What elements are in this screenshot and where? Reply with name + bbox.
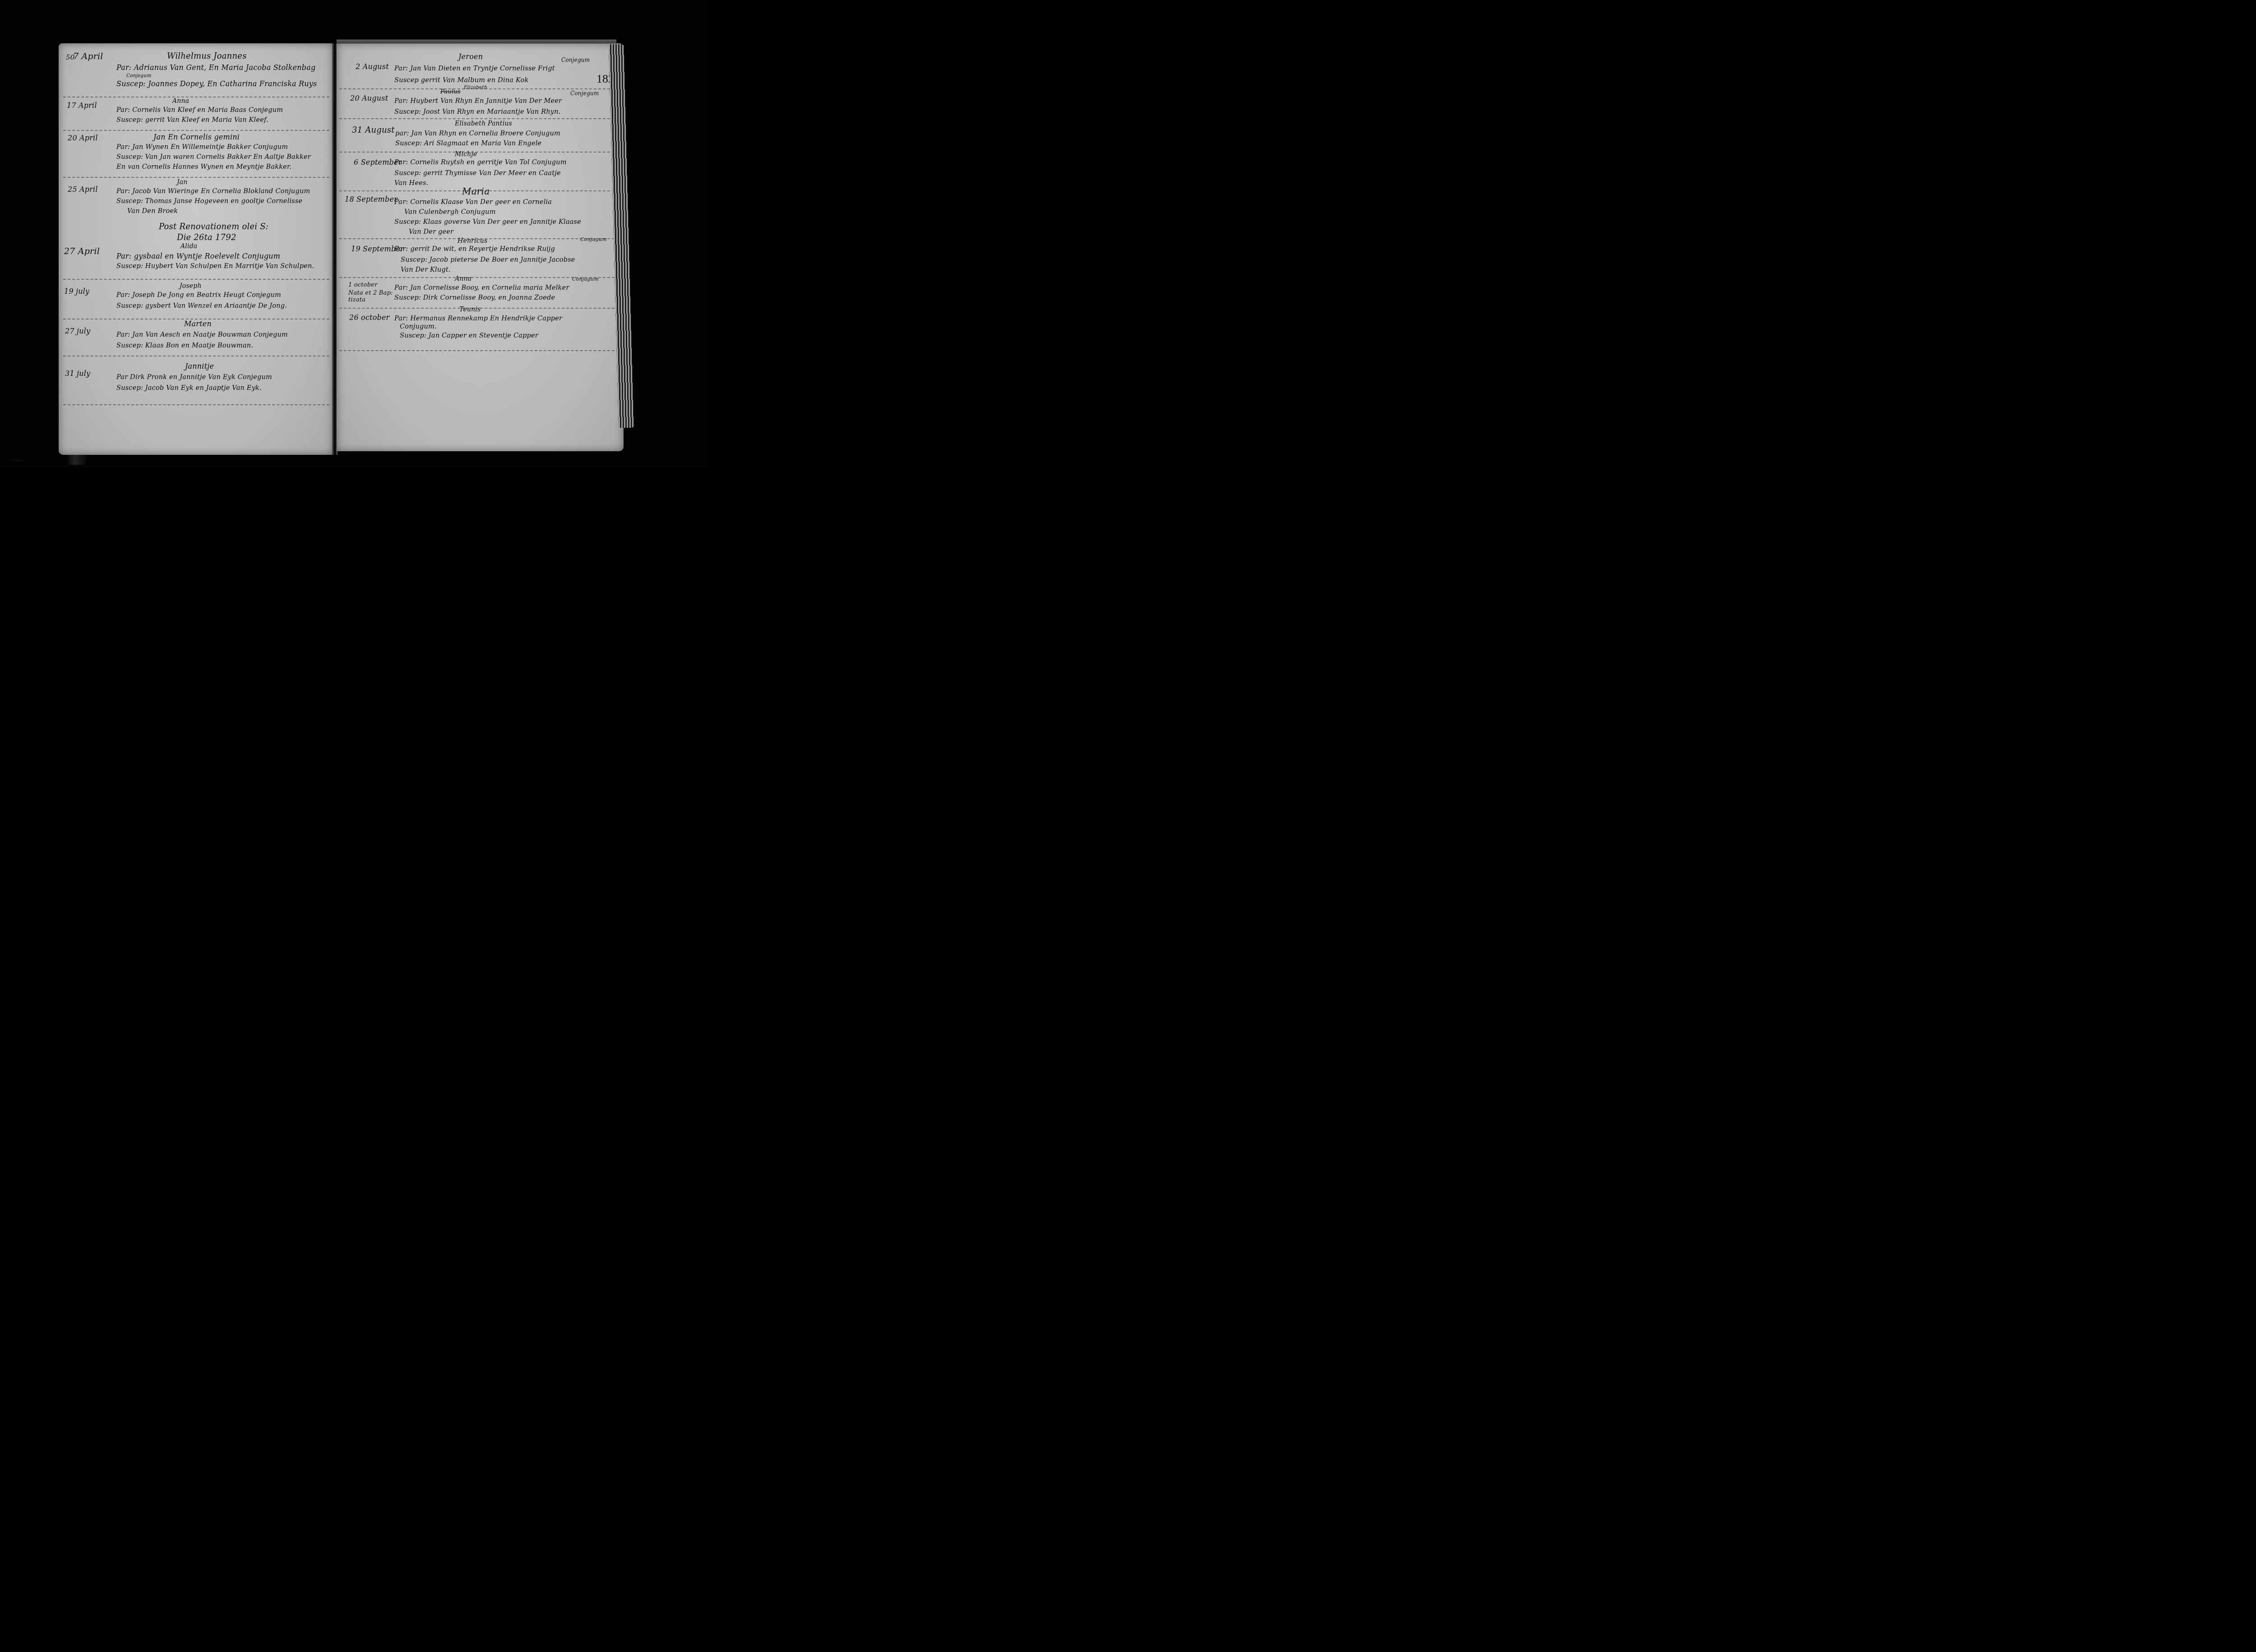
child-name: Marten	[184, 319, 212, 328]
child-name: Wilhelmus Joannes	[167, 51, 247, 61]
parents-line: Par: Jacob Van Wieringe En Cornelia Blok…	[116, 188, 310, 195]
entry-date: 2 August	[356, 62, 389, 71]
entry-date: 27 April	[64, 246, 100, 256]
entry-divider	[63, 356, 329, 356]
child-name: Joseph	[180, 282, 202, 290]
entry-date: 27 july	[65, 327, 90, 335]
parents-line: Par Dirk Pronk en Jannitje Van Eyk Conje…	[116, 374, 272, 381]
sponsors-line: Suscep: Joost Van Rhyn en Mariaantje Van…	[394, 108, 561, 116]
entry-divider	[63, 97, 329, 97]
sponsors-line: Suscep: gysbert Van Wenzel en Ariaantje …	[116, 302, 287, 310]
sponsors-line: Suscep: Huybert Van Schulpen En Marritje…	[116, 263, 314, 270]
annotation: Conjegum	[570, 90, 599, 97]
parents-line: Par: Joseph De Jong en Beatrix Heugt Con…	[116, 292, 281, 299]
sponsors-line: Suscep: Klaas Bon en Maatje Bouwman.	[116, 342, 253, 349]
heading-line: Post Renovationem olei S:	[159, 222, 268, 231]
parents-line-continued: Van Culenbergh Conjugum	[404, 208, 496, 216]
entry-date: 31 August	[352, 125, 395, 135]
sponsors-line: Suscep: Jacob Van Eyk en Jaaptje Van Eyk…	[116, 384, 262, 392]
entry-date: 26 october	[349, 313, 389, 322]
parents-line-continued: Conjugum.	[400, 323, 437, 330]
annotation: Conjugum	[580, 236, 607, 242]
child-name: Maria	[462, 186, 490, 197]
child-name: Jeroen	[458, 52, 483, 61]
entry-date: 1 october	[348, 282, 378, 288]
entry-date: 19 july	[64, 287, 89, 296]
child-name: Alida	[180, 243, 197, 250]
child-name: Teunis	[459, 306, 481, 313]
sponsors-line: Suscep: gerrit Thymisse Van Der Meer en …	[394, 170, 561, 177]
child-name: Elisabeth Pantius	[455, 120, 512, 127]
sponsors-line: Suscep: Thomas Janse Hogeveen en gooltje…	[116, 198, 302, 205]
entry-date: 25 April	[68, 185, 98, 194]
parents-line: Par: Jan Van Dieten en Tryntje Corneliss…	[394, 65, 555, 72]
annotation: Conjegum	[126, 73, 152, 79]
date-note: Nata et 2 Bap: tizata	[348, 290, 393, 303]
parents-line: Par: Jan Wynen En Willemeintje Bakker Co…	[116, 143, 288, 151]
entry-date: 18 September	[345, 195, 398, 204]
sponsors-line-continued: Van Der Klugt.	[401, 266, 451, 273]
annotation: Conjugum	[572, 276, 599, 282]
parents-line: Par: Huybert Van Rhyn En Jannitje Van De…	[394, 97, 562, 105]
parents-line: Par: Jan Cornelisse Booy, en Cornelia ma…	[394, 284, 569, 292]
child-name: Henricus	[458, 237, 487, 245]
entry-date: 7 April	[73, 51, 103, 61]
parents-line: Par: Cornelis Ruytsh en gerritje Van Tol…	[394, 159, 567, 166]
background-wood-strip	[11, 460, 25, 461]
entry-divider	[63, 404, 329, 405]
sponsors-line-continued: Van Der geer	[409, 228, 453, 236]
sponsors-line-continued: En van Cornelis Hannes Wynen en Meyntje …	[116, 163, 291, 171]
child-name: Elizabeth	[464, 85, 487, 90]
parents-line: Par: Adrianus Van Gent, En Maria Jacoba …	[116, 63, 315, 72]
sponsors-line: Suscep: Van Jan waren Cornelis Bakker En…	[116, 153, 311, 161]
sponsors-line: Suscep: Ari Slagmaat en Maria Van Engele	[395, 140, 541, 147]
struck-name: Paulus	[440, 88, 461, 95]
entry-date: 17 April	[67, 101, 97, 110]
entry-divider	[63, 130, 329, 131]
entry-divider	[339, 350, 615, 351]
sponsors-line: Suscep: Jan Capper en Steventje Capper	[400, 332, 538, 339]
entry-divider	[339, 118, 615, 119]
entry-date: 20 April	[68, 134, 98, 142]
parents-line: Par: gerrit De wit, en Reyertje Hendriks…	[394, 245, 555, 253]
annotation: Conjegum	[561, 57, 590, 63]
child-name: Jannitje	[185, 362, 214, 370]
entry-date: 20 August	[350, 94, 388, 102]
left-page: 50 7 April Wilhelmus Joannes Par: Adrian…	[59, 43, 333, 455]
parents-line: Par: Jan Van Aesch en Naatje Bouwman Con…	[116, 331, 288, 338]
child-name: Anna	[455, 275, 472, 282]
parents-line: Par: Hermanus Rennekamp En Hendrikje Cap…	[394, 315, 562, 322]
sponsors-line-continued: Van Den Broek	[127, 208, 178, 215]
sponsors-line: Suscep: Klaas goverse Van Der geer en Ja…	[394, 218, 581, 226]
child-name: Michje	[455, 151, 477, 158]
parents-line: Par: Cornelis Klaase Van Der geer en Cor…	[394, 199, 552, 206]
sponsors-line-continued: Van Hees.	[394, 180, 428, 187]
sponsors-line: Suscep: gerrit Van Kleef en Maria Van Kl…	[116, 116, 268, 124]
sponsors-line: Suscep: Jacob pieterse De Boer en Jannit…	[401, 256, 575, 264]
child-name: Anna	[172, 97, 189, 105]
parents-line: Par: gysbaal en Wyntje Roelevelt Conjugu…	[116, 252, 280, 260]
parents-line: par: Jan Van Rhyn en Cornelia Broere Con…	[395, 130, 560, 137]
entry-divider	[63, 279, 329, 280]
heading-date-line: Die 26ta 1792	[177, 233, 236, 242]
sponsors-line: Suscep: Joannes Dopey, En Catharina Fran…	[116, 79, 317, 88]
entry-date: 31 july	[65, 369, 90, 378]
child-name: Jan	[177, 179, 188, 186]
entry-divider	[63, 177, 329, 178]
child-name: Jan En Cornelis gemini	[153, 133, 240, 141]
parents-line: Par: Cornelis Van Kleef en Maria Baas Co…	[116, 106, 283, 114]
sponsors-line: Suscep gerrit Van Malbum en Dina Kok	[394, 77, 529, 84]
sponsors-line: Suscep: Dirk Cornelisse Booy, en Joanna …	[394, 294, 555, 301]
right-page: 51 182 2 August Jeroen Conjegum Par: Jan…	[337, 43, 624, 451]
